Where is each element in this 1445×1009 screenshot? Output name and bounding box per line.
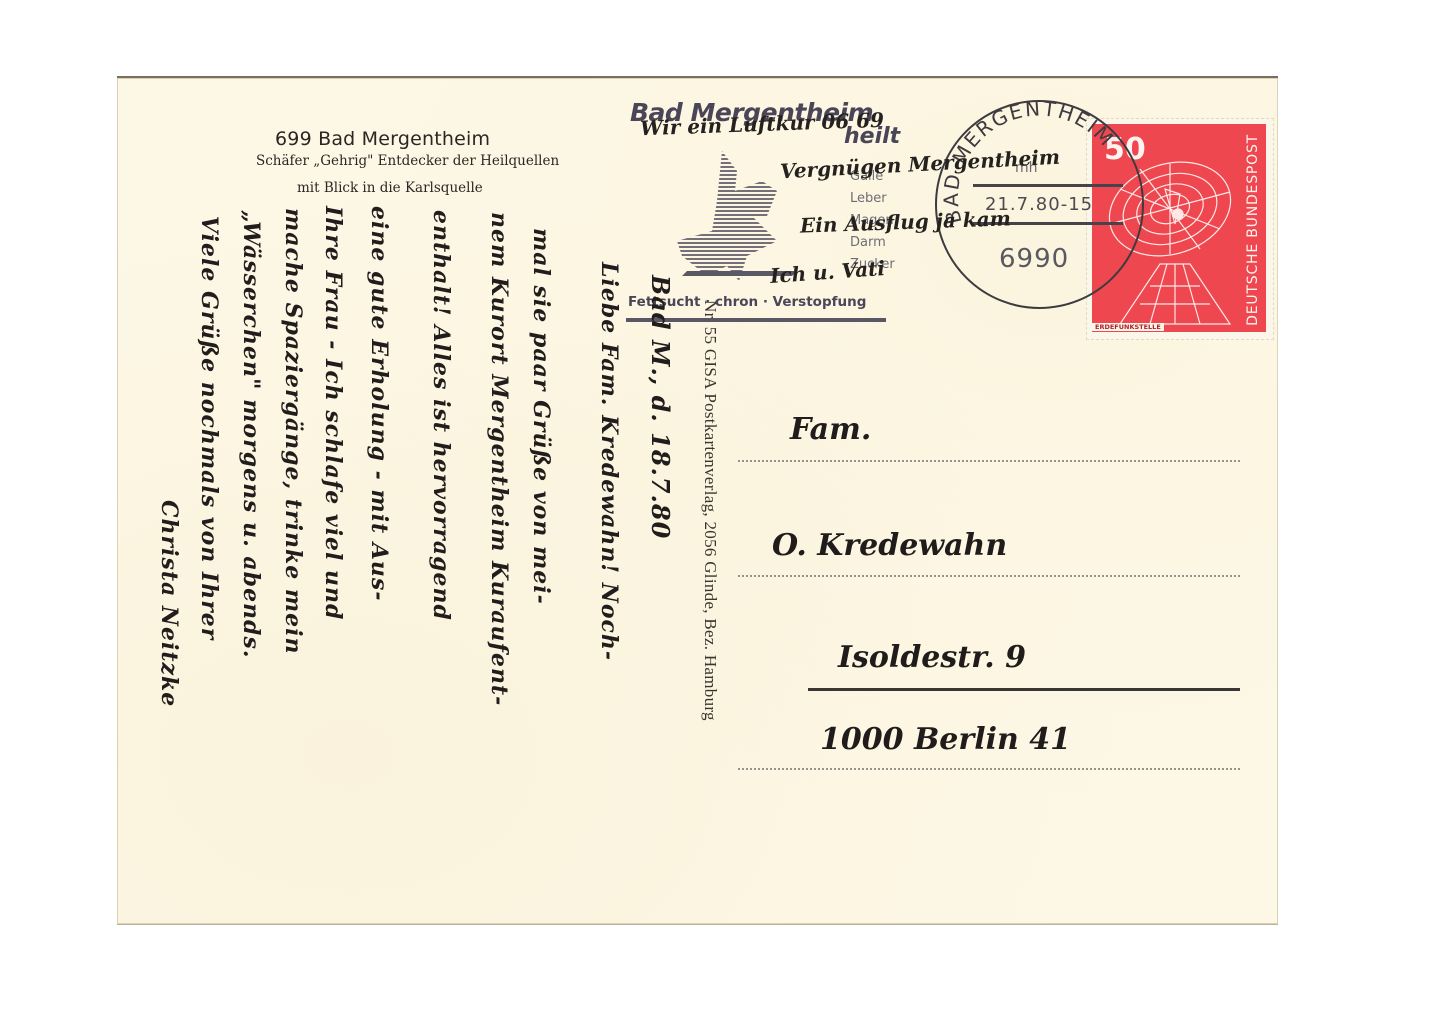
cancellation-darm: Darm [850,236,886,251]
message-column: enthalt! Alles ist hervorragend [430,210,452,621]
message-signature: Christa Neitzke [158,500,180,707]
address-rule [738,575,1240,577]
message-column: Liebe Fam. Kredewahn! Noch- [598,262,620,661]
message-column: nem Kurort Mergentheim Kuraufent- [488,212,510,706]
address-line-2: O. Kredewahn [772,528,1007,563]
address-rule [738,768,1240,770]
card-title: 699 Bad Mergentheim [275,128,490,150]
round-postmark: BAD MERGENTHEIM mh 21.7.80-15 6990 [935,100,1144,309]
card-subtitle: Schäfer „Gehrig" Entdecker der Heilquell… [256,153,559,169]
cancellation-leber: Leber [850,192,887,207]
address-rule [738,460,1240,462]
address-line-4: 1000 Berlin 41 [820,722,1071,757]
message-column: Viele Grüße nochmals von Ihrer [198,216,220,640]
message-column: Ihre Frau - Ich schlafe viel und [322,206,344,620]
address-rule-solid [808,688,1240,691]
message-column: mal sie paar Grüße von mei- [530,228,552,605]
message-column: mache Spaziergänge, trinke mein [282,208,304,655]
card-caption: mit Blick in die Karlsquelle [297,180,483,196]
postmark-bar [973,184,1123,187]
postmark-zip: 6990 [999,244,1069,274]
address-line-1: Fam. [790,412,871,447]
message-dateline: Bad M., d. 18.7.80 [648,275,672,539]
message-column: „Wässerchen" morgens u. abends. [240,210,262,658]
publisher-imprint: Nr. 55 GISA Postkartenverlag, 2056 Glind… [700,300,720,721]
message-column: eine gute Erholung - mit Aus- [368,206,390,601]
stamp-country: DEUTSCHE BUNDESPOST [1245,134,1261,326]
address-line-3: Isoldestr. 9 [838,640,1026,675]
stamp-caption: ERDEFUNKSTELLE [1092,323,1164,331]
